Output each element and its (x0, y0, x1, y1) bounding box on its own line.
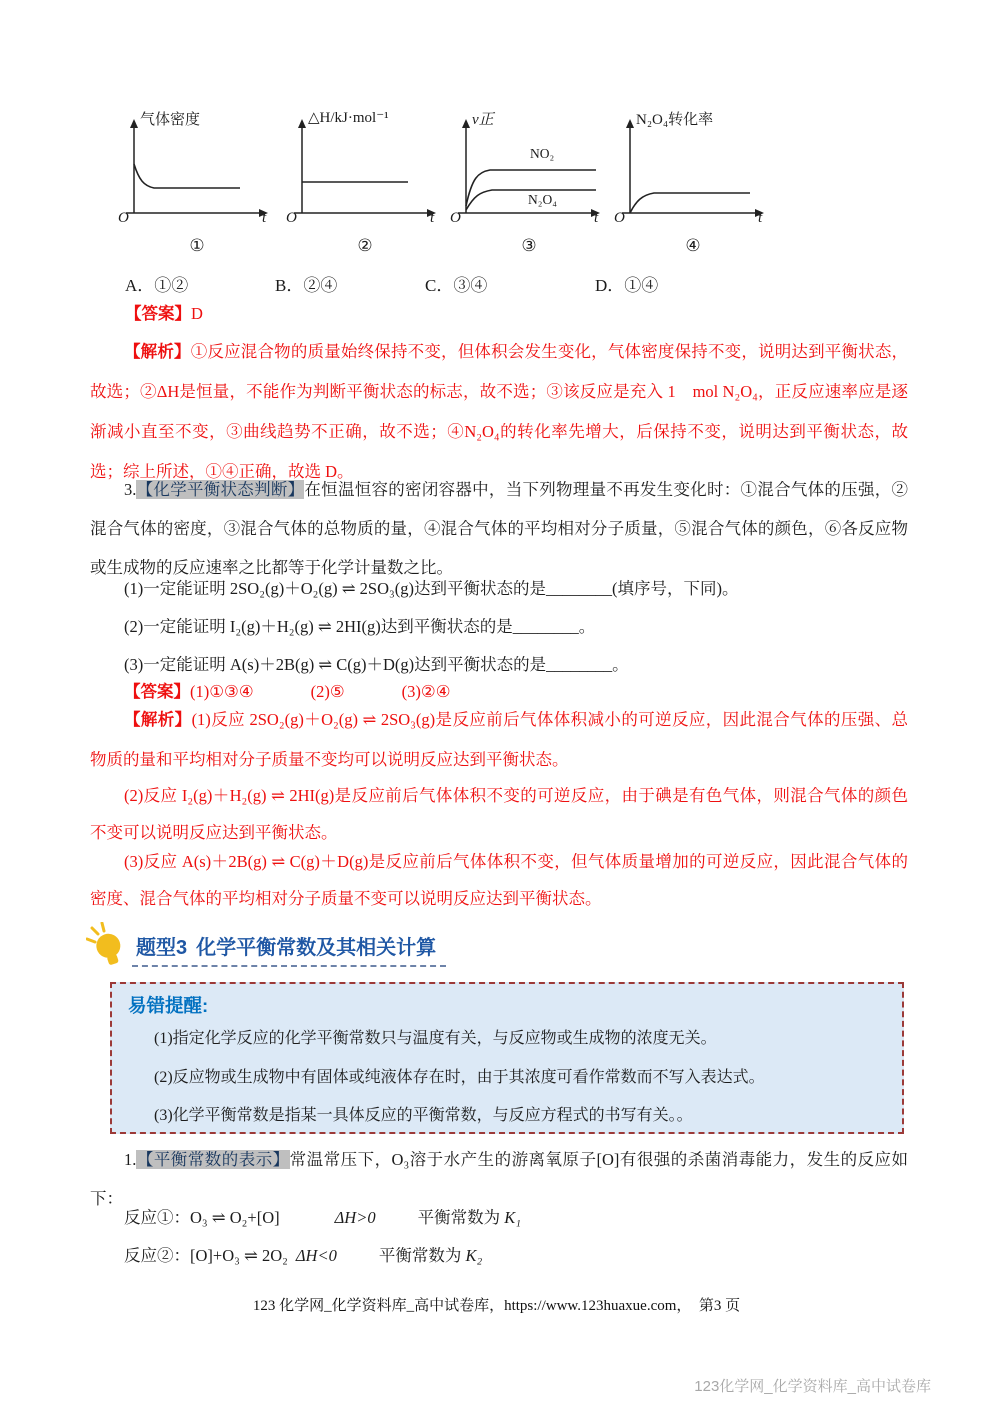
x-axis-label: t (594, 210, 598, 227)
option-row: A．①② B．②④ C．③④ D．①④ (125, 271, 658, 296)
option-b: B．②④ (275, 271, 425, 296)
question-number: 3. (124, 480, 136, 499)
analysis-body: (1)反应 2SO₂(g)＋O₂(g) ⇌ 2SO₃(g)是反应前后气体体积减小… (90, 710, 908, 769)
question-3: 3.【化学平衡状态判断】在恒温恒容的密闭容器中，当下列物理量不再发生变化时：①混… (90, 470, 908, 587)
tip-line-2: (2)反应物或生成物中有固体或纯液体存在时，由于其浓度可看作常数而不写入表达式。 (128, 1059, 886, 1098)
figure-forward-rate: v正 NO₂ N₂O₄ O t ③ (444, 100, 614, 260)
reaction-line-2: 反应②：[O]+O₃ ⇌ 2O₂ΔH<0平衡常数为 K₂ (124, 1242, 482, 1266)
figure-number: ④ (608, 236, 778, 256)
origin-label: O (286, 210, 297, 227)
q3-analysis-paragraph-3: (3)反应 A(s)＋2B(g) ⇌ C(g)＋D(g)是反应前后气体体积不变，… (90, 843, 908, 917)
option-a: A．①② (125, 271, 275, 296)
analysis-label: 【解析】 (124, 710, 192, 729)
analysis-body: ①反应混合物的质量始终保持不变，但体积会发生变化，气体密度保持不变，说明达到平衡… (90, 342, 908, 481)
document-page: 气体密度 O t ① △H/kJ·mol⁻¹ O t ② v正 (0, 0, 993, 1404)
answer-part-3: (3)②④ (402, 682, 451, 701)
reaction-equation: [O]+O₃ ⇌ 2O₂ (190, 1246, 288, 1265)
tips-box: 易错提醒: (1)指定化学反应的化学平衡常数只与温度有关，与反应物或生成物的浓度… (110, 982, 904, 1134)
tip-line-3: (3)化学平衡常数是指某一具体反应的平衡常数，与反应方程式的书写有关。。 (128, 1097, 886, 1136)
origin-label: O (118, 210, 129, 227)
enthalpy-condition: ΔH>0 (335, 1208, 376, 1227)
figure-number: ③ (444, 236, 614, 256)
figure-number: ① (112, 236, 282, 256)
axes-plot-icon (112, 118, 282, 236)
topic-heading: 题型3化学平衡常数及其相关计算 (132, 931, 446, 967)
origin-label: O (614, 210, 625, 227)
tip-line-1: (1)指定化学反应的化学平衡常数只与温度有关，与反应物或生成物的浓度无关。 (128, 1020, 886, 1059)
mcq-answer-line: 【答案】D (125, 300, 203, 324)
answer-label: 【答案】 (125, 304, 191, 323)
figure-n2o4-conversion: N₂O₄转化率 O t ④ (608, 100, 778, 260)
curve-label-no2: NO₂ (530, 146, 554, 162)
mcq-analysis-paragraph: 【解析】①反应混合物的质量始终保持不变，但体积会发生变化，气体密度保持不变，说明… (90, 332, 908, 492)
reaction-label: 反应②： (124, 1246, 190, 1265)
tag-highlight: 【平衡常数的表示】 (136, 1150, 289, 1169)
x-axis-label: t (430, 210, 434, 227)
figure-number: ② (280, 236, 450, 256)
reaction-label: 反应①： (124, 1208, 190, 1227)
option-c: C．③④ (425, 271, 595, 296)
answer-part-1: (1)①③④ (190, 682, 254, 701)
answer-part-2: (2)⑤ (311, 682, 345, 701)
k-prefix: 平衡常数为 (418, 1208, 501, 1227)
topic-number: 题型3 (136, 937, 187, 959)
topic-title: 化学平衡常数及其相关计算 (196, 937, 436, 959)
answer-value: D (191, 304, 203, 323)
reaction-line-1: 反应①：O₃ ⇌ O₂+[O]ΔH>0平衡常数为 K₁ (124, 1204, 521, 1228)
page-footer: 123 化学网_化学资料库_高中试卷库，https://www.123huaxu… (0, 1294, 993, 1315)
q3-analysis-paragraph-2: (2)反应 I₂(g)＋H₂(g) ⇌ 2HI(g)是反应前后气体体积不变的可逆… (90, 777, 908, 851)
sub-question-2: (2)一定能证明 I₂(g)＋H₂(g) ⇌ 2HI(g)达到平衡状态的是___… (124, 613, 595, 637)
enthalpy-condition: ΔH<0 (296, 1246, 337, 1265)
axes-plot-icon (280, 118, 450, 236)
tag-highlight: 【化学平衡状态判断】 (136, 480, 304, 499)
k-symbol: K₂ (465, 1246, 482, 1265)
x-axis-label: t (758, 210, 762, 227)
k-symbol: K₁ (504, 1208, 521, 1227)
x-axis-label: t (262, 210, 266, 227)
axes-plot-icon (444, 118, 614, 236)
watermark: 123化学网_化学资料库_高中试卷库 (694, 1375, 931, 1396)
option-d: D．①④ (595, 271, 658, 296)
figure-delta-h: △H/kJ·mol⁻¹ O t ② (280, 100, 450, 260)
sub-question-3: (3)一定能证明 A(s)＋2B(g) ⇌ C(g)＋D(g)达到平衡状态的是_… (124, 651, 629, 675)
tips-title: 易错提醒: (128, 992, 886, 1018)
question-number: 1. (124, 1150, 136, 1169)
k-prefix: 平衡常数为 (379, 1246, 462, 1265)
reaction-equation: O₃ ⇌ O₂+[O] (190, 1208, 280, 1227)
figure-gas-density: 气体密度 O t ① (112, 100, 282, 260)
origin-label: O (450, 210, 461, 227)
axes-plot-icon (608, 118, 778, 236)
lightbulb-icon (86, 922, 130, 974)
q3-analysis-paragraph-1: 【解析】(1)反应 2SO₂(g)＋O₂(g) ⇌ 2SO₃(g)是反应前后气体… (90, 700, 908, 780)
q3-answer-line: 【答案】(1)①③④(2)⑤(3)②④ (124, 678, 450, 702)
sub-question-1: (1)一定能证明 2SO₂(g)＋O₂(g) ⇌ 2SO₃(g)达到平衡状态的是… (124, 575, 739, 599)
curve-label-n2o4: N₂O₄ (528, 192, 557, 208)
answer-label: 【答案】 (124, 682, 190, 701)
analysis-label: 【解析】 (124, 342, 191, 361)
